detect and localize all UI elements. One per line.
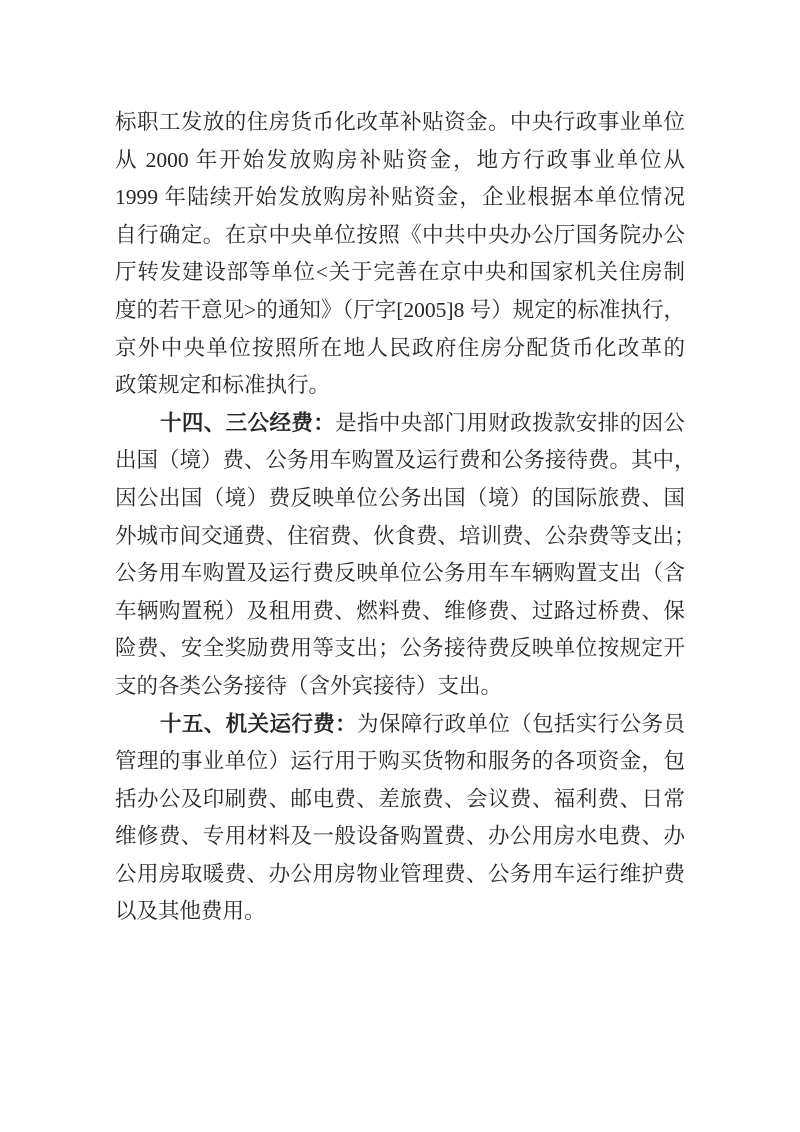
line-text: 厅转发建设部等单位<关于完善在京中央和国家机关住房制 xyxy=(115,260,685,284)
text-line: 括办公及印刷费、邮电费、差旅费、会议费、福利费、日常 xyxy=(115,781,685,819)
line-text: 1999 年陆续开始发放购房补贴资金，企业根据本单位情况 xyxy=(115,185,685,209)
line-text: 度的若干意见>的通知》（厅字[2005]8 号）规定的标准执行， xyxy=(115,298,685,322)
text-line: 度的若干意见>的通知》（厅字[2005]8 号）规定的标准执行， xyxy=(115,292,685,330)
text-line: 厅转发建设部等单位<关于完善在京中央和国家机关住房制 xyxy=(115,254,685,292)
line-text: 公用房取暖费、办公用房物业管理费、公务用车运行维护费 xyxy=(115,862,685,886)
text-line: 十四、三公经费：是指中央部门用财政拨款安排的因公 xyxy=(115,405,685,443)
line-text: 出国（境）费、公务用车购置及运行费和公务接待费。其中， xyxy=(115,448,696,472)
text-line: 自行确定。在京中央单位按照《中共中央办公厅国务院办公 xyxy=(115,217,685,255)
line-text: 车辆购置税）及租用费、燃料费、维修费、过路过桥费、保 xyxy=(115,599,685,623)
line-text: 支的各类公务接待（含外宾接待）支出。 xyxy=(115,674,502,698)
text-line: 标职工发放的住房货币化改革补贴资金。中央行政事业单位 xyxy=(115,104,685,142)
line-text: 从 2000 年开始发放购房补贴资金，地方行政事业单位从 xyxy=(115,148,685,172)
line-text: 政策规定和标准执行。 xyxy=(115,373,330,397)
line-text: 自行确定。在京中央单位按照《中共中央办公厅国务院办公 xyxy=(115,223,685,247)
text-line: 公务用车购置及运行费反映单位公务用车车辆购置支出（含 xyxy=(115,555,685,593)
text-line: 京外中央单位按照所在地人民政府住房分配货币化改革的 xyxy=(115,330,685,368)
text-line: 因公出国（境）费反映单位公务出国（境）的国际旅费、国 xyxy=(115,480,685,518)
text-line: 外城市间交通费、住宿费、伙食费、培训费、公杂费等支出； xyxy=(115,518,685,556)
text-line: 政策规定和标准执行。 xyxy=(115,367,685,405)
section-heading: 十四、三公经费： xyxy=(160,411,335,435)
text-line: 险费、安全奖励费用等支出；公务接待费反映单位按规定开 xyxy=(115,630,685,668)
text-line: 以及其他费用。 xyxy=(115,893,685,931)
text-line: 维修费、专用材料及一般设备购置费、办公用房水电费、办 xyxy=(115,818,685,856)
line-text: 因公出国（境）费反映单位公务出国（境）的国际旅费、国 xyxy=(115,486,685,510)
line-text: 括办公及印刷费、邮电费、差旅费、会议费、福利费、日常 xyxy=(115,787,685,811)
text-line: 公用房取暖费、办公用房物业管理费、公务用车运行维护费 xyxy=(115,856,685,894)
text-line: 车辆购置税）及租用费、燃料费、维修费、过路过桥费、保 xyxy=(115,593,685,631)
line-text: 险费、安全奖励费用等支出；公务接待费反映单位按规定开 xyxy=(115,636,685,660)
text-line: 支的各类公务接待（含外宾接待）支出。 xyxy=(115,668,685,706)
text-line: 出国（境）费、公务用车购置及运行费和公务接待费。其中， xyxy=(115,442,685,480)
line-text: 维修费、专用材料及一般设备购置费、办公用房水电费、办 xyxy=(115,824,685,848)
line-text: 外城市间交通费、住宿费、伙食费、培训费、公杂费等支出； xyxy=(115,524,696,548)
line-text: 京外中央单位按照所在地人民政府住房分配货币化改革的 xyxy=(115,336,685,360)
line-text: 标职工发放的住房货币化改革补贴资金。中央行政事业单位 xyxy=(115,110,685,134)
line-text: 是指中央部门用财政拨款安排的因公 xyxy=(335,411,685,435)
line-text: 为保障行政单位（包括实行公务员 xyxy=(357,712,685,736)
document-body: 标职工发放的住房货币化改革补贴资金。中央行政事业单位从 2000 年开始发放购房… xyxy=(115,104,685,931)
text-line: 十五、机关运行费：为保障行政单位（包括实行公务员 xyxy=(115,706,685,744)
section-heading: 十五、机关运行费： xyxy=(160,712,357,736)
line-text: 公务用车购置及运行费反映单位公务用车车辆购置支出（含 xyxy=(115,561,685,585)
text-line: 从 2000 年开始发放购房补贴资金，地方行政事业单位从 xyxy=(115,142,685,180)
text-line: 1999 年陆续开始发放购房补贴资金，企业根据本单位情况 xyxy=(115,179,685,217)
document-page: 标职工发放的住房货币化改革补贴资金。中央行政事业单位从 2000 年开始发放购房… xyxy=(0,0,800,1132)
text-line: 管理的事业单位）运行用于购买货物和服务的各项资金，包 xyxy=(115,743,685,781)
line-text: 以及其他费用。 xyxy=(115,899,266,923)
line-text: 管理的事业单位）运行用于购买货物和服务的各项资金，包 xyxy=(115,749,685,773)
